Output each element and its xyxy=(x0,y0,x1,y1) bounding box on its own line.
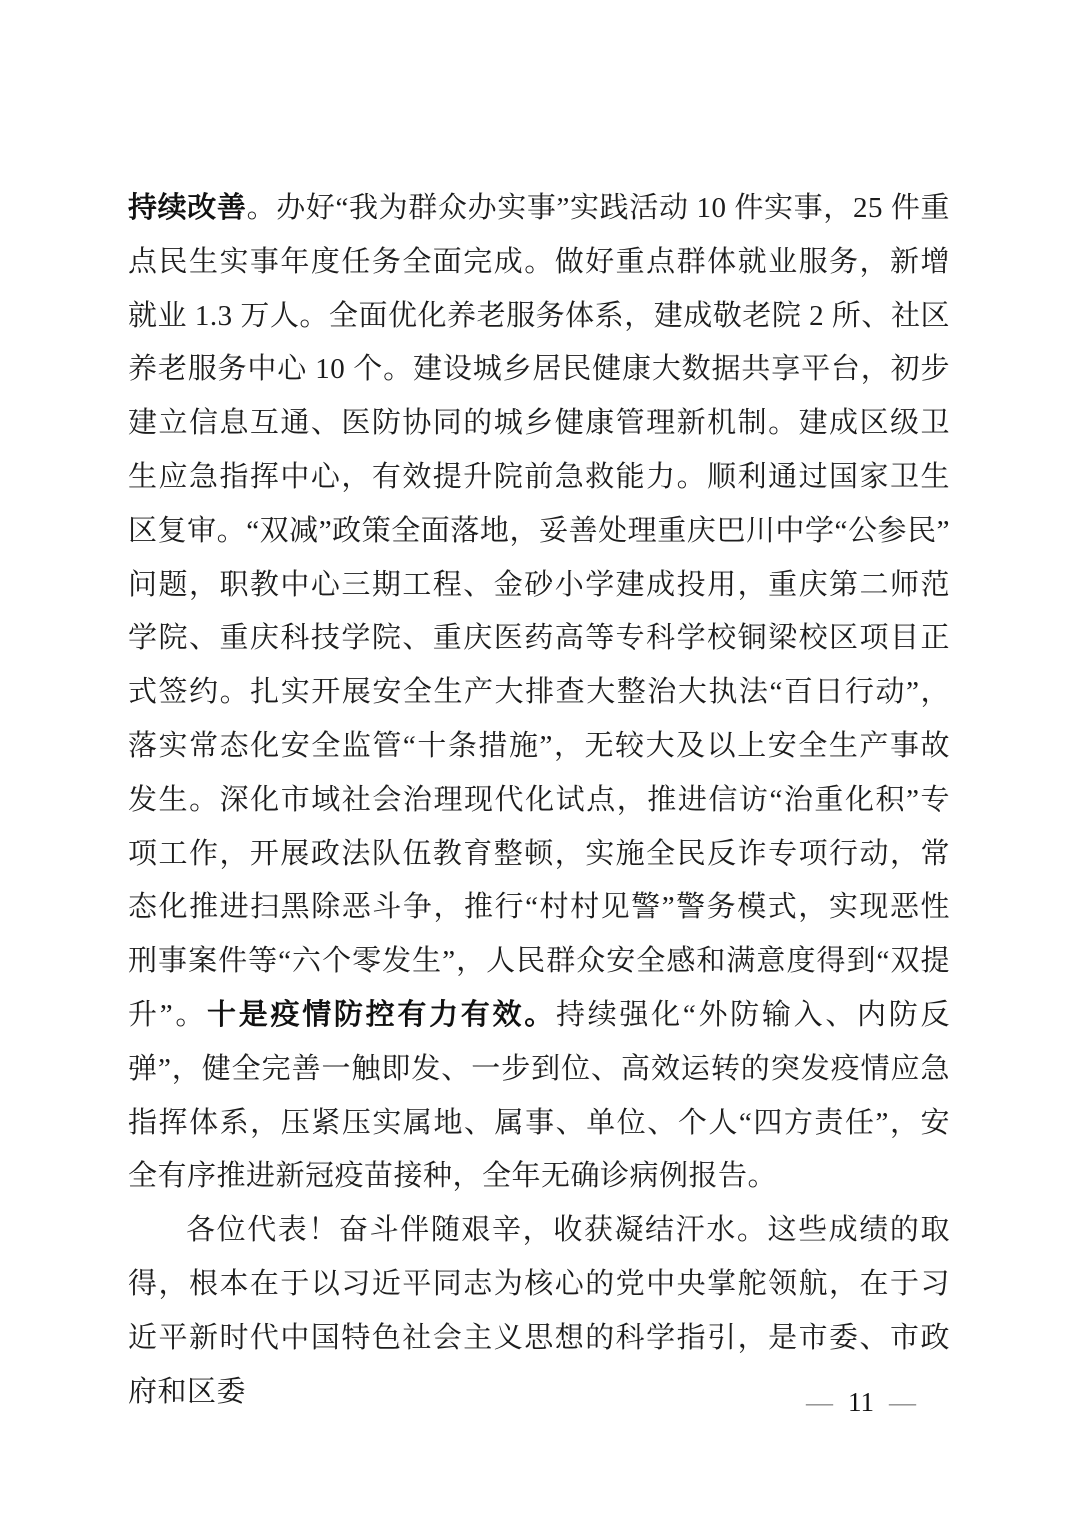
document-page: 持续改善。办好“我为群众办实事”实践活动 10 件实事，25 件重点民生实事年度… xyxy=(0,0,1074,1520)
emphasis-text: 持续改善 xyxy=(128,192,247,224)
body-text: 各位代表！奋斗伴随艰辛，收获凝结汗水。这些成绩的取得，根本在于以习近平同志为核心… xyxy=(128,1214,950,1407)
body-text: 。办好“我为群众办实事”实践活动 10 件实事，25 件重点民生实事年度任务全面… xyxy=(128,192,950,1031)
document-body: 持续改善。办好“我为群众办实事”实践活动 10 件实事，25 件重点民生实事年度… xyxy=(128,182,950,1419)
page-number-dash-right: — xyxy=(889,1384,916,1420)
emphasis-text: 十是疫情防控有力有效。 xyxy=(207,999,556,1031)
page-number-value: 11 xyxy=(848,1384,874,1420)
page-number-dash-left: — xyxy=(806,1384,833,1420)
paragraph: 持续改善。办好“我为群众办实事”实践活动 10 件实事，25 件重点民生实事年度… xyxy=(128,182,950,1204)
page-number: — 11 — xyxy=(790,1384,932,1420)
